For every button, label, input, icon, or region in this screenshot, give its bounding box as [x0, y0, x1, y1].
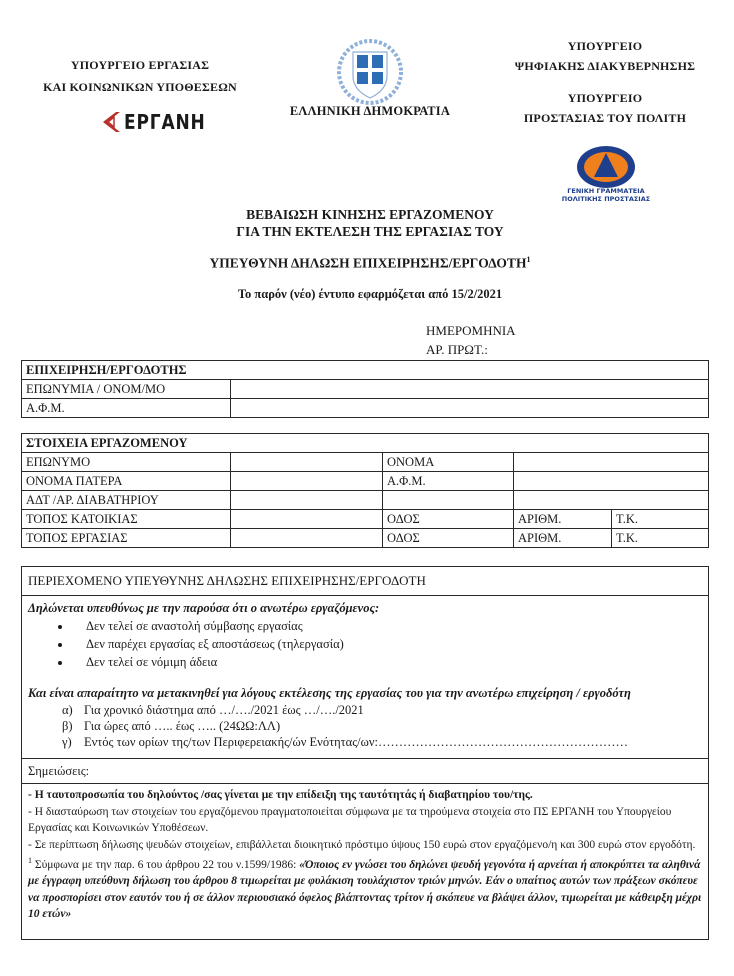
table-row: ΟΝΟΜΑ ΠΑΤΕΡΑ Α.Φ.Μ.	[22, 472, 709, 491]
empty-field[interactable]	[514, 491, 709, 510]
empty-cell	[383, 491, 514, 510]
option-region-text[interactable]: Εντός των ορίων της/των Περιφερειακής/ών…	[84, 735, 628, 749]
employer-table: ΕΠΙΧΕΙΡΗΣΗ/ΕΡΓΟΔΟΤΗΣ ΕΠΩΝΥΜΙΑ / ΟΝΟΜ/ΜΟ …	[21, 360, 709, 418]
hellenic-republic-label: ΕΛΛΗΝΙΚΗ ΔΗΜΟΚΡΑΤΙΑ	[270, 100, 470, 122]
remarks-label: Σημειώσεις:	[28, 764, 89, 778]
employer-afm-label: Α.Φ.Μ.	[22, 399, 231, 418]
option-hours-text[interactable]: Για ώρες από ….. έως ….. (24ΩΩ:ΛΛ)	[84, 719, 280, 733]
id-passport-label: ΑΔΤ /ΑΡ. ΔΙΑΒΑΤΗΡΙΟΥ	[22, 491, 231, 510]
ministry-digital-line2: ΨΗΦΙΑΚΗΣ ΔΙΑΚΥΒΕΡΝΗΣΗΣ	[490, 56, 720, 76]
movement-options: α)Για χρονικό διάστημα από …/…./2021 έως…	[28, 702, 702, 750]
ergani-logo: ΕΡΓΑΝΗ	[98, 108, 220, 136]
document-title: ΒΕΒΑΙΩΣΗ ΚΙΝΗΣΗΣ ΕΡΓΑΖΟΜΕΝΟΥ ΓΙΑ ΤΗΝ ΕΚΤ…	[140, 206, 600, 240]
table-row: ΤΟΠΟΣ ΕΡΓΑΣΙΑΣ ΟΔΟΣ ΑΡΙΘΜ. Τ.Κ.	[22, 529, 709, 548]
ministry-labour-line2: ΚΑΙ ΚΟΙΝΩΝΙΚΩΝ ΥΠΟΘΕΣΕΩΝ	[20, 76, 260, 98]
ministry-citizen-line1: ΥΠΟΥΡΓΕΙΟ	[490, 88, 720, 108]
workplace-field[interactable]	[231, 529, 383, 548]
remarks-row: Σημειώσεις:	[22, 759, 708, 784]
declaration-body: Δηλώνεται υπευθύνως με την παρούσα ότι ο…	[22, 596, 708, 759]
option-marker: γ)	[62, 734, 84, 750]
table-row: ΕΠΩΝΥΜΙΑ / ΟΝΟΜ/ΜΟ	[22, 380, 709, 399]
necessity-statement: Και είναι απαραίτητο να μετακινηθεί για …	[28, 685, 702, 702]
civil-protection-logo-icon	[576, 145, 636, 189]
footnote-lead: Σύμφωνα με την παρ. 6 του άρθρου 22 του …	[32, 859, 299, 871]
footnote: 1 Σύμφωνα με την παρ. 6 του άρθρου 22 το…	[28, 853, 702, 923]
civil-protection-caption-line2: ΠΟΛΙΤΙΚΗΣ ΠΡΟΣΤΑΣΙΑΣ	[556, 195, 656, 203]
ergani-logo-text: ΕΡΓΑΝΗ	[124, 110, 206, 134]
workplace-postcode-label: Τ.Κ.	[612, 529, 709, 548]
effective-date-note: Το παρόν (νέο) έντυπο εφαρμόζεται από 15…	[140, 287, 600, 302]
table-row: ΤΟΠΟΣ ΚΑΤΟΙΚΙΑΣ ΟΔΟΣ ΑΡΙΘΜ. Τ.Κ.	[22, 510, 709, 529]
ministry-citizen-protection: ΥΠΟΥΡΓΕΙΟ ΠΡΟΣΤΑΣΙΑΣ ΤΟΥ ΠΟΛΙΤΗ	[490, 88, 720, 128]
option-period-text[interactable]: Για χρονικό διάστημα από …/…./2021 έως ……	[84, 703, 364, 717]
employee-name-label: ΟΝΟΜΑ	[383, 453, 514, 472]
employee-surname-field[interactable]	[231, 453, 383, 472]
declaration-box: ΠΕΡΙΕΧΟΜΕΝΟ ΥΠΕΥΘΥΝΗΣ ΔΗΛΩΣΗΣ ΕΠΙΧΕΙΡΗΣΗ…	[21, 566, 709, 940]
declaration-heading: ΠΕΡΙΕΧΟΜΕΝΟ ΥΠΕΥΘΥΝΗΣ ΔΗΛΩΣΗΣ ΕΠΙΧΕΙΡΗΣΗ…	[22, 567, 708, 596]
list-item: Δεν παρέχει εργασίας εξ αποστάσεως (τηλε…	[72, 635, 702, 653]
employer-afm-field[interactable]	[231, 399, 709, 418]
date-label: ΗΜΕΡΟΜΗΝΙΑ	[426, 321, 516, 340]
civil-protection-caption: ΓΕΝΙΚΗ ΓΡΑΜΜΑΤΕΙΑ ΠΟΛΙΤΙΚΗΣ ΠΡΟΣΤΑΣΙΑΣ	[556, 187, 656, 203]
ministry-labour-line1: ΥΠΟΥΡΓΕΙΟ ΕΡΓΑΣΙΑΣ	[20, 54, 260, 76]
civil-protection-caption-line1: ΓΕΝΙΚΗ ΓΡΑΜΜΑΤΕΙΑ	[556, 187, 656, 195]
table-row: Α.Φ.Μ.	[22, 399, 709, 418]
identity-note: - Η ταυτοπροσωπία του δηλούντος /σας γίν…	[28, 787, 702, 804]
workplace-label: ΤΟΠΟΣ ΕΡΓΑΣΙΑΣ	[22, 529, 231, 548]
employee-afm-field[interactable]	[514, 472, 709, 491]
declaration-intro: Δηλώνεται υπευθύνως με την παρούσα ότι ο…	[28, 600, 702, 617]
list-item: γ)Εντός των ορίων της/των Περιφερειακής/…	[62, 734, 702, 750]
declaration-bullets: Δεν τελεί σε αναστολή σύμβασης εργασίας …	[28, 617, 702, 671]
title-line1: ΒΕΒΑΙΩΣΗ ΚΙΝΗΣΗΣ ΕΡΓΑΖΟΜΕΝΟΥ	[140, 206, 600, 223]
ergani-arrow-icon	[98, 109, 124, 135]
list-item: β)Για ώρες από ….. έως ….. (24ΩΩ:ΛΛ)	[62, 718, 702, 734]
penalty-note: - Σε περίπτωση δήλωσης ψευδών στοιχείων,…	[28, 837, 702, 854]
list-item: α)Για χρονικό διάστημα από …/…./2021 έως…	[62, 702, 702, 718]
id-passport-field[interactable]	[231, 491, 383, 510]
table-row: ΕΠΩΝΥΜΟ ΟΝΟΜΑ	[22, 453, 709, 472]
footnote-ref: 1	[526, 255, 530, 264]
effective-date-text: Το παρόν (νέο) έντυπο εφαρμόζεται από 15…	[238, 287, 502, 301]
list-item: Δεν τελεί σε αναστολή σύμβασης εργασίας	[72, 617, 702, 635]
employer-name-label: ΕΠΩΝΥΜΙΑ / ΟΝΟΜ/ΜΟ	[22, 380, 231, 399]
employee-table: ΣΤΟΙΧΕΙΑ ΕΡΓΑΖΟΜΕΝΟΥ ΕΠΩΝΥΜΟ ΟΝΟΜΑ ΟΝΟΜΑ…	[21, 433, 709, 548]
verification-note: - Η διασταύρωση των στοιχείων του εργαζό…	[28, 804, 702, 837]
ministry-citizen-line2: ΠΡΟΣΤΑΣΙΑΣ ΤΟΥ ΠΟΛΙΤΗ	[490, 108, 720, 128]
hellenic-republic-emblem-icon	[336, 38, 404, 106]
workplace-number-label: ΑΡΙΘΜ.	[514, 529, 612, 548]
employee-name-field[interactable]	[514, 453, 709, 472]
title-line2: ΓΙΑ ΤΗΝ ΕΚΤΕΛΕΣΗ ΤΗΣ ΕΡΓΑΣΙΑΣ ΤΟΥ	[140, 223, 600, 240]
ministry-labour: ΥΠΟΥΡΓΕΙΟ ΕΡΓΑΣΙΑΣ ΚΑΙ ΚΟΙΝΩΝΙΚΩΝ ΥΠΟΘΕΣ…	[20, 54, 260, 98]
residence-street-label: ΟΔΟΣ	[383, 510, 514, 529]
employee-surname-label: ΕΠΩΝΥΜΟ	[22, 453, 231, 472]
option-marker: α)	[62, 702, 84, 718]
employee-heading: ΣΤΟΙΧΕΙΑ ΕΡΓΑΖΟΜΕΝΟΥ	[22, 434, 709, 453]
father-name-field[interactable]	[231, 472, 383, 491]
list-item: Δεν τελεί σε νόμιμη άδεια	[72, 653, 702, 671]
date-protocol-block: ΗΜΕΡΟΜΗΝΙΑ ΑΡ. ΠΡΩΤ.:	[426, 321, 516, 359]
workplace-street-label: ΟΔΟΣ	[383, 529, 514, 548]
notes-section: - Η ταυτοπροσωπία του δηλούντος /σας γίν…	[22, 784, 708, 923]
father-name-label: ΟΝΟΜΑ ΠΑΤΕΡΑ	[22, 472, 231, 491]
residence-postcode-label: Τ.Κ.	[612, 510, 709, 529]
residence-field[interactable]	[231, 510, 383, 529]
residence-label: ΤΟΠΟΣ ΚΑΤΟΙΚΙΑΣ	[22, 510, 231, 529]
residence-number-label: ΑΡΙΘΜ.	[514, 510, 612, 529]
ministry-digital: ΥΠΟΥΡΓΕΙΟ ΨΗΦΙΑΚΗΣ ΔΙΑΚΥΒΕΡΝΗΣΗΣ	[490, 36, 720, 76]
protocol-label: ΑΡ. ΠΡΩΤ.:	[426, 340, 516, 359]
declaration-title: ΥΠΕΥΘΥΝΗ ΔΗΛΩΣΗ ΕΠΙΧΕΙΡΗΣΗΣ/ΕΡΓΟΔΟΤΗ1	[140, 255, 600, 272]
employer-heading: ΕΠΙΧΕΙΡΗΣΗ/ΕΡΓΟΔΟΤΗΣ	[22, 361, 709, 380]
option-marker: β)	[62, 718, 84, 734]
table-row: ΑΔΤ /ΑΡ. ΔΙΑΒΑΤΗΡΙΟΥ	[22, 491, 709, 510]
ministry-digital-line1: ΥΠΟΥΡΓΕΙΟ	[490, 36, 720, 56]
employee-afm-label: Α.Φ.Μ.	[383, 472, 514, 491]
declaration-title-text: ΥΠΕΥΘΥΝΗ ΔΗΛΩΣΗ ΕΠΙΧΕΙΡΗΣΗΣ/ΕΡΓΟΔΟΤΗ	[210, 256, 527, 271]
employer-name-field[interactable]	[231, 380, 709, 399]
